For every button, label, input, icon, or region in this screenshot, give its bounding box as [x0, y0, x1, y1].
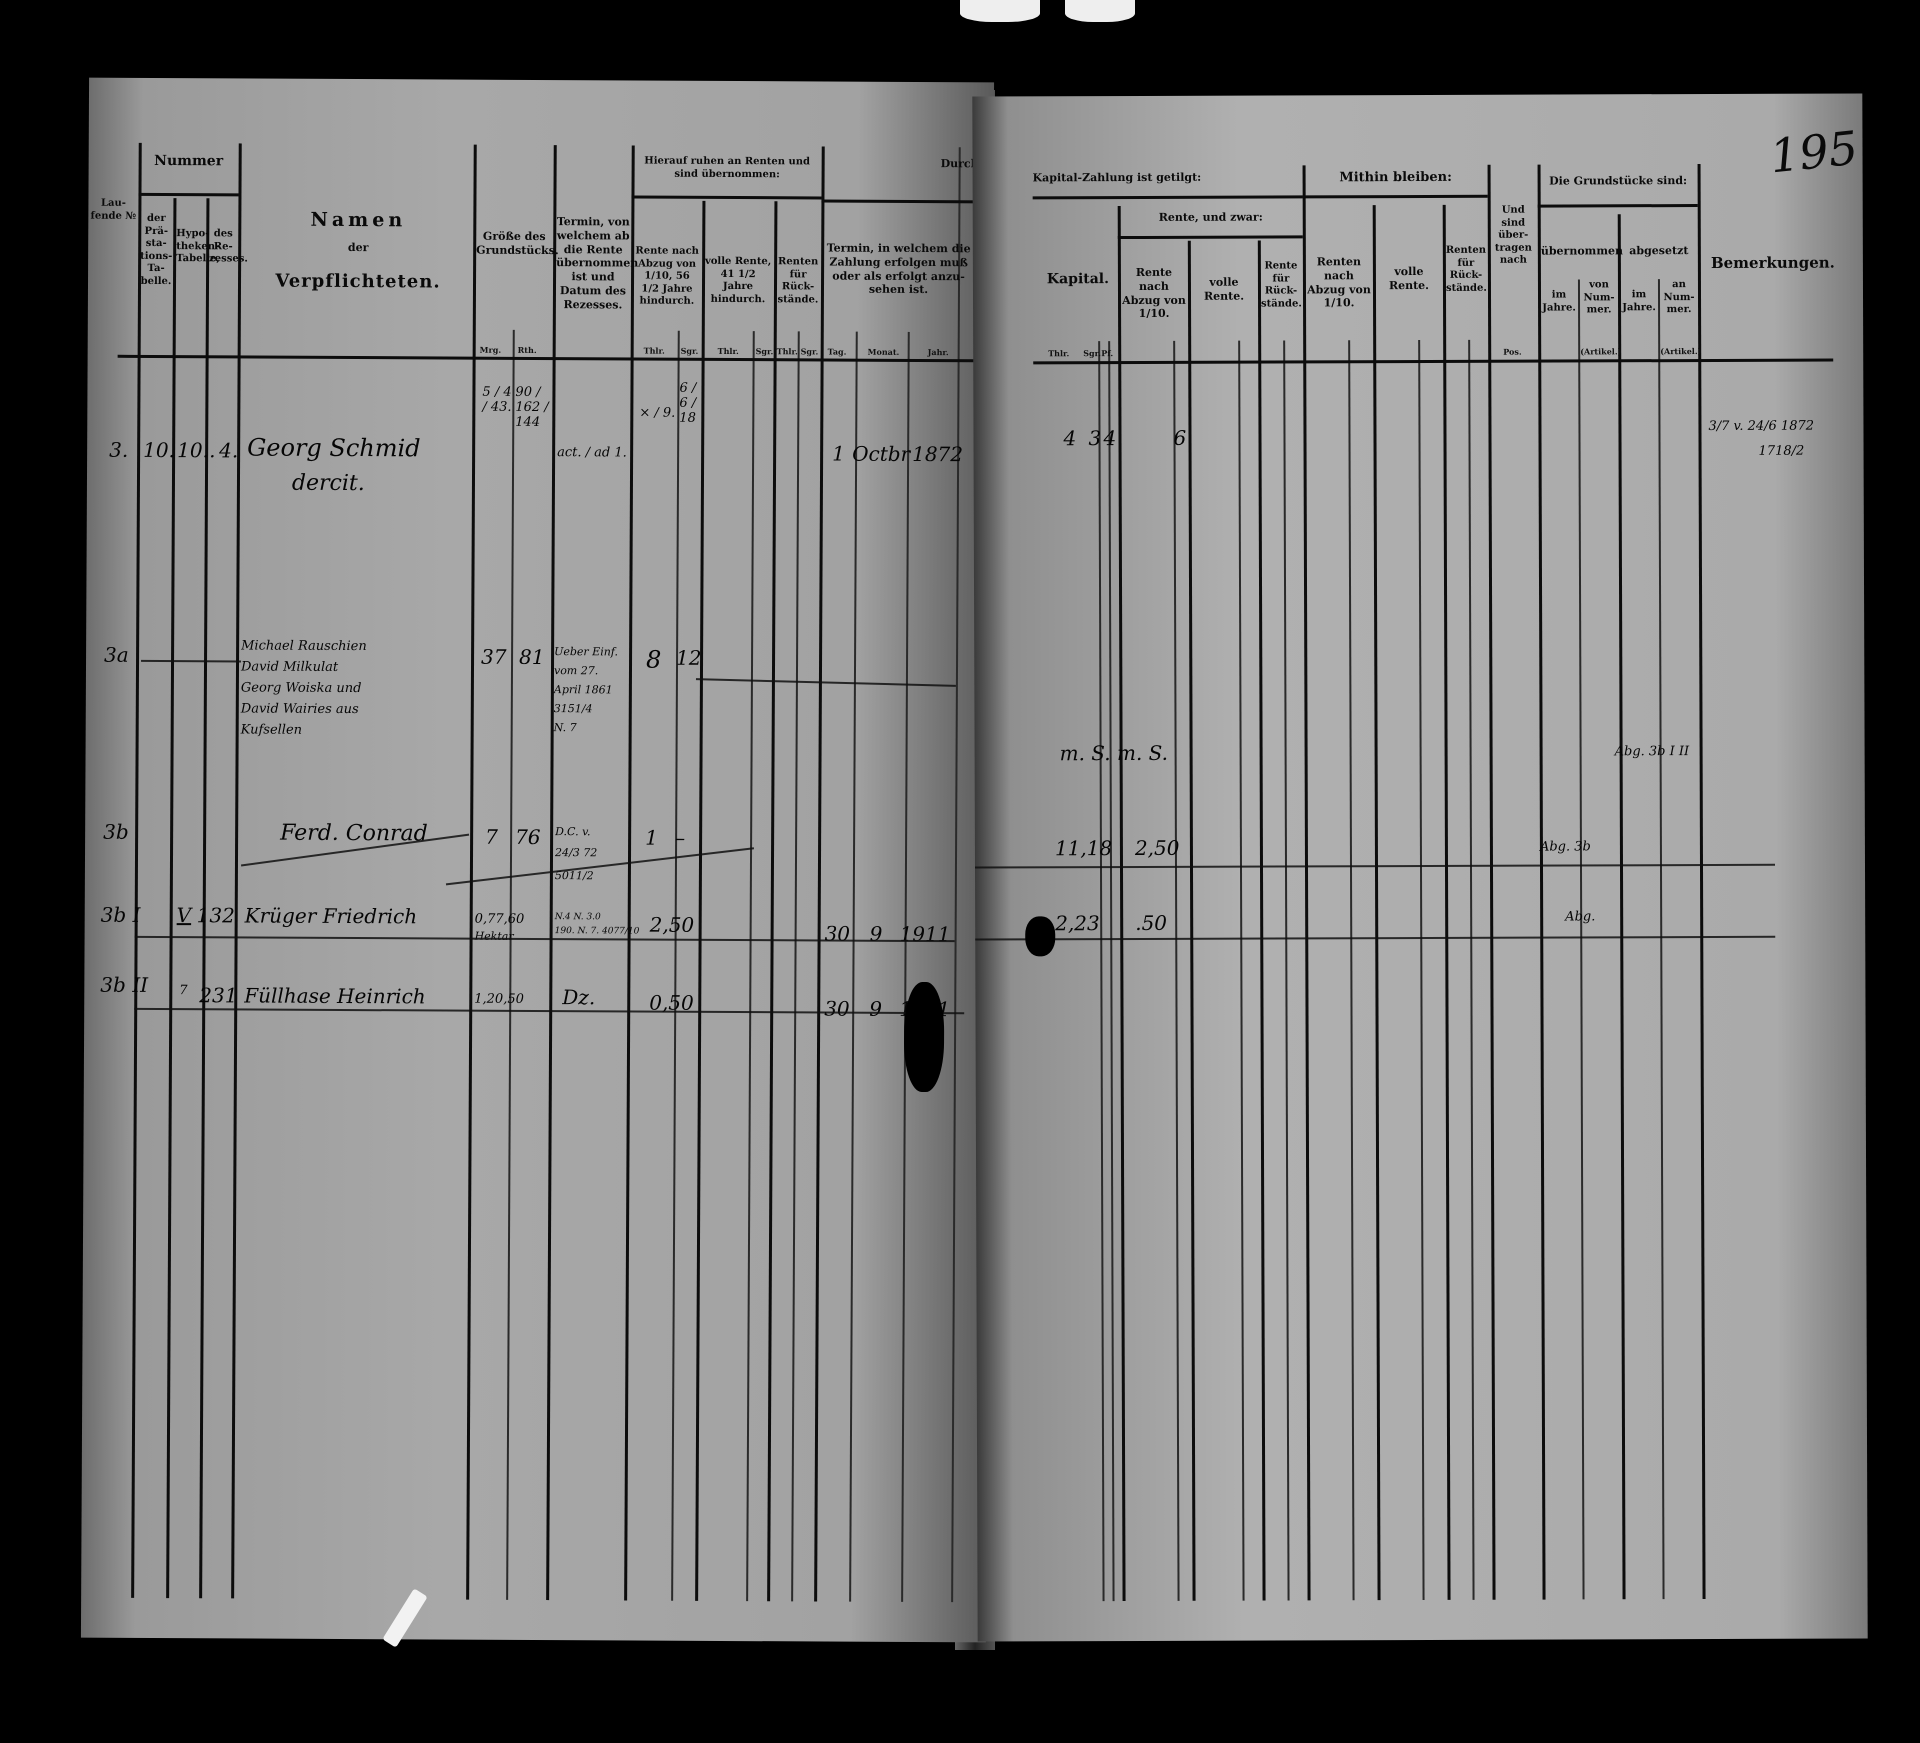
row2-name-block: Michael Rauschien David Milkulat Georg W… [241, 638, 367, 738]
unit-position: Pos. [1503, 347, 1521, 357]
unit-artikel: (Artikel.) [1580, 346, 1621, 356]
row1-zahlung-monat: Octbr [852, 442, 910, 466]
row3-rente-thlr: 1 [645, 826, 658, 850]
column-rule [1238, 341, 1244, 1601]
ink-blot [1025, 916, 1055, 956]
row4-hypo: 132 [197, 903, 235, 927]
row5-zahlung-monat: 9 [869, 997, 882, 1021]
unit-thaler: Thlr. [1048, 348, 1069, 358]
row2-name-line: Kufsellen [241, 722, 367, 738]
header-zahlung-termin: Termin, in welchem die Zahlung erfolgen … [826, 242, 971, 298]
row2-lfd: 3a [104, 643, 129, 667]
row2-name-line: Michael Rauschien [241, 638, 367, 654]
column-rule [166, 198, 176, 1598]
header-nummer: Nummer [141, 153, 237, 171]
row4-rente-abzug: 2,50 [650, 913, 695, 937]
column-rule [506, 330, 514, 1600]
header-rule [138, 193, 238, 197]
column-rule [814, 146, 825, 1601]
column-rule [1173, 341, 1179, 1601]
r-row1-kapital-sgr: 3 [1088, 426, 1101, 450]
row4-praest: V [177, 903, 192, 927]
row2-rente-thlr: 8 [646, 646, 661, 674]
row2-groesse-rth: 81 [519, 645, 545, 669]
header-rueckstaende: Renten für Rück-stände. [776, 256, 820, 306]
unit-jahr: Jahr. [928, 347, 949, 357]
column-rule [1538, 165, 1546, 1600]
row1-termin: act. / ad 1. [557, 445, 627, 460]
unit-tag: Tag. [828, 347, 847, 357]
film-edge-mark [1065, 0, 1135, 22]
unit-silbergroschen: Sgr. [1083, 348, 1101, 358]
header-rule [821, 199, 981, 203]
header-hypotheken-tabelle: Hypo-theken-Tabelle, [176, 228, 206, 266]
header-renten-abzug: Renten nach Abzug von 1/10. [1306, 255, 1372, 310]
header-bemerkungen: Bemerkungen. [1703, 254, 1843, 273]
header-volle-rente: volle Rente. [1191, 276, 1257, 304]
header-rente-abzug: Rente nach Abzug von 1/10. [1121, 266, 1187, 321]
row4-termin-block: N.4 N. 3.0 190. N. 7. 4077/10 [555, 912, 640, 936]
row1-name: Georg Schmid [247, 433, 421, 462]
unit-silbergroschen: Sgr. [681, 346, 699, 356]
column-rule [901, 332, 909, 1602]
r-row1-kapital-pf: 4 [1103, 426, 1116, 450]
row3-groesse-mrg: 7 [485, 825, 498, 849]
column-rule [199, 198, 209, 1598]
r-row3-grundstuecke-note: Abg. 3b [1540, 839, 1591, 854]
row1-name-line2: dercit. [292, 471, 365, 496]
row5-lfd: 3b II [100, 973, 148, 997]
column-rule [1348, 340, 1354, 1600]
column-rule [1258, 241, 1266, 1601]
row2-termin-block: Ueber Einf. vom 27. April 1861 3151/4 N.… [554, 645, 618, 734]
header-groesse: Größe des Grundstücks. [476, 230, 552, 258]
row4-lfd: 3b I [101, 903, 141, 927]
row1-rezess: 4. [219, 438, 238, 462]
row1-groesse-rth: 90 / 162 / 144 [515, 385, 551, 430]
column-rule [849, 332, 857, 1602]
column-rule [1098, 341, 1104, 1601]
header-laufende-nr: Lau-fende № [90, 198, 136, 223]
header-im-jahre: im Jahre. [1541, 289, 1577, 314]
r-row1-bemerkung: 3/7 v. 24/6 1872 [1708, 419, 1814, 434]
column-rule [767, 201, 777, 1601]
r-row1-rente-sgr: 6 [1173, 426, 1186, 450]
r-row3-kapital: 11,18 [1055, 836, 1112, 860]
header-von-nummer: von Num-mer. [1580, 279, 1618, 317]
header-renten-rueckstaende: Renten für Rück-stände. [1446, 245, 1486, 295]
header-bottom-rule [1033, 359, 1833, 365]
right-ledger-page: Kapital-Zahlung ist getilgt: Kapital. Th… [972, 93, 1867, 1641]
r-row4-kapital: 2,23 [1055, 911, 1100, 935]
column-rule [1373, 205, 1381, 1600]
row3-cancel-stroke [446, 847, 754, 885]
header-namen: Namen [248, 208, 468, 233]
header-rente-rueckstaende: Rente für Rück-stände. [1261, 260, 1301, 310]
row1-zahlung-tag: 1 [832, 442, 845, 466]
header-abgesetzt: abgesetzt [1621, 244, 1697, 258]
column-rule [1418, 340, 1424, 1600]
column-rule [1658, 279, 1664, 1599]
handwritten-page-number: 195 [1767, 121, 1860, 184]
header-kapital: Kapital. [1038, 271, 1118, 289]
column-rule [1283, 340, 1289, 1600]
column-rule [1468, 340, 1474, 1600]
column-rule [1118, 206, 1126, 1601]
row3-termin-block: D.C. v. 24/3 72 5011/2 [555, 825, 598, 882]
row2-rente-sgr: 12 [676, 646, 702, 670]
column-rule [624, 145, 635, 1600]
row2-termin-line: vom 27. [554, 664, 618, 677]
header-praestations-tabelle: der Prä-sta-tions-Ta-belle. [140, 213, 172, 288]
row1-zahlung-jahr: 1872 [912, 442, 963, 466]
header-rule [631, 195, 821, 199]
row5-termin: Dz. [562, 985, 595, 1009]
row5-hypo: 231 [199, 983, 237, 1007]
row2-groesse-mrg: 37 [481, 645, 507, 669]
row2-name-line: Georg Woiska und [241, 680, 367, 696]
row2-strike-line [696, 678, 956, 687]
header-rente-abzug: Rente nach Abzug von 1/10, 56 1/2 Jahre … [634, 245, 700, 308]
row4-zahlung-tag: 30 [825, 922, 851, 946]
header-durch: Durch [909, 157, 979, 171]
unit-ruthen: Rth. [518, 345, 537, 355]
row2-termin-line: 3151/4 [554, 702, 618, 715]
row1-praest: 10. [143, 438, 175, 462]
r-row4-grundstuecke-note: Abg. [1565, 909, 1595, 924]
row2-termin-line: N. 7 [554, 721, 618, 734]
left-ledger-page: Lau-fende № Nummer der Prä-sta-tions-Ta-… [81, 78, 994, 1643]
row3-groesse-rth: 76 [515, 825, 541, 849]
r-row1-bemerkung: 1718/2 [1759, 444, 1805, 459]
column-rule [1618, 214, 1626, 1599]
row5-zahlung-tag: 30 [824, 997, 850, 1021]
row4-groesse: 0,77,60 [475, 912, 525, 927]
column-rule [1488, 165, 1496, 1600]
column-rule [131, 143, 142, 1598]
row1-rente-thlr: × / 9. [639, 406, 675, 421]
row4-zahlung-monat: 9 [870, 922, 883, 946]
row2-termin-line: Ueber Einf. [554, 645, 618, 658]
header-bottom-rule [118, 355, 978, 363]
header-rente-zwar: Rente, und zwar: [1121, 210, 1301, 224]
row2-name-line: David Milkulat [241, 659, 367, 675]
row3-rente-sgr: – [675, 826, 685, 850]
column-rule [671, 331, 679, 1601]
unit-thaler: Thlr. [718, 346, 739, 356]
column-rule [1303, 165, 1311, 1600]
row1-lfd: 3. [109, 438, 128, 462]
row4-zahlung-jahr: 1911 [900, 922, 951, 946]
header-im-jahre-2: im Jahre. [1621, 289, 1657, 314]
column-rule [466, 145, 477, 1600]
film-edge-mark [960, 0, 1040, 22]
column-rule [791, 331, 799, 1601]
column-rule [1188, 241, 1196, 1601]
column-rule [1698, 164, 1706, 1599]
unit-artikel: (Artikel.) [1660, 346, 1701, 356]
unit-pfennig: Pf. [1101, 348, 1113, 358]
row1-rente-sgr: 6 / 6 / 18 [679, 381, 701, 426]
row1-groesse-mrg: 5 / 4 / 43. [482, 385, 512, 415]
header-an-nummer: an Num-mer. [1660, 279, 1698, 317]
row5-name: Füllhase Heinrich [244, 983, 426, 1008]
row3-termin-line: D.C. v. [555, 825, 597, 838]
header-verpflichteten: Verpflichteten. [248, 270, 468, 294]
unit-thaler: Thlr. [644, 346, 665, 356]
header-mithin-group: Mithin bleiben: [1306, 170, 1486, 187]
ink-blot [904, 982, 945, 1092]
unit-monat: Monat. [868, 347, 900, 357]
row2-dash-stroke [141, 660, 241, 663]
header-rezess: des Re-zesses. [209, 228, 237, 266]
row3-lfd: 3b [103, 820, 129, 844]
row1-hypo2: . [209, 438, 215, 462]
header-renten-group: Hierauf ruhen an Renten und sind übernom… [635, 155, 820, 181]
column-rule [746, 331, 754, 1601]
unit-silbergroschen: Sgr. [756, 346, 774, 356]
column-rule [1578, 279, 1584, 1599]
r-row1-kapital-thlr: 4 [1063, 426, 1076, 450]
unit-silbergroschen: Sgr. [801, 346, 819, 356]
unit-morgen: Mrg. [480, 345, 502, 355]
row3-termin-line: 24/3 72 [555, 846, 597, 859]
column-rule [1108, 341, 1114, 1601]
row5-praest: 7 [179, 983, 187, 998]
row4-termin-line: N.4 N. 3.0 [555, 912, 640, 922]
header-uebernommen: übernommen [1541, 244, 1617, 258]
header-volle-rente-2: volle Rente. [1376, 265, 1442, 293]
header-rule [1118, 235, 1303, 239]
unit-thaler: Thlr. [777, 346, 798, 356]
r-row3-rente-abzug: 2,50 [1135, 836, 1180, 860]
header-termin-uebernahme: Termin, von welchem ab die Rente übernom… [556, 215, 631, 312]
column-rule [1443, 205, 1451, 1600]
row4-name: Krüger Friedrich [245, 903, 418, 928]
header-grundstuecke-group: Die Grundstücke sind: [1541, 174, 1696, 188]
r-row2-grundstuecke-note: Abg. 3b I II [1615, 744, 1690, 759]
row1-hypo: 10. [177, 438, 209, 462]
r-row2-kapital-note: m. S. m. S. [1060, 741, 1169, 765]
row5-groesse: 1,20,50 [474, 992, 524, 1007]
row4-termin-line: 190. N. 7. 4077/10 [555, 926, 640, 936]
r-row4-rente-abzug: .50 [1135, 911, 1167, 935]
header-volle-rente: volle Rente, 41 1/2 Jahre hindurch. [704, 256, 772, 306]
header-kapital-group: Kapital-Zahlung ist getilgt: [1033, 171, 1263, 186]
header-rule [1033, 195, 1303, 199]
row4-groesse-note: Hektar [475, 930, 514, 943]
header-rule [1538, 204, 1698, 208]
row2-termin-line: April 1861 [554, 683, 618, 696]
row2-name-line: David Wairies aus [241, 701, 367, 717]
header-rule [1303, 195, 1488, 199]
column-rule [231, 143, 242, 1598]
header-namen-der: der [248, 240, 468, 255]
column-rule [951, 147, 960, 1602]
header-uebertragen: Und sind über-tragen nach [1491, 205, 1536, 268]
